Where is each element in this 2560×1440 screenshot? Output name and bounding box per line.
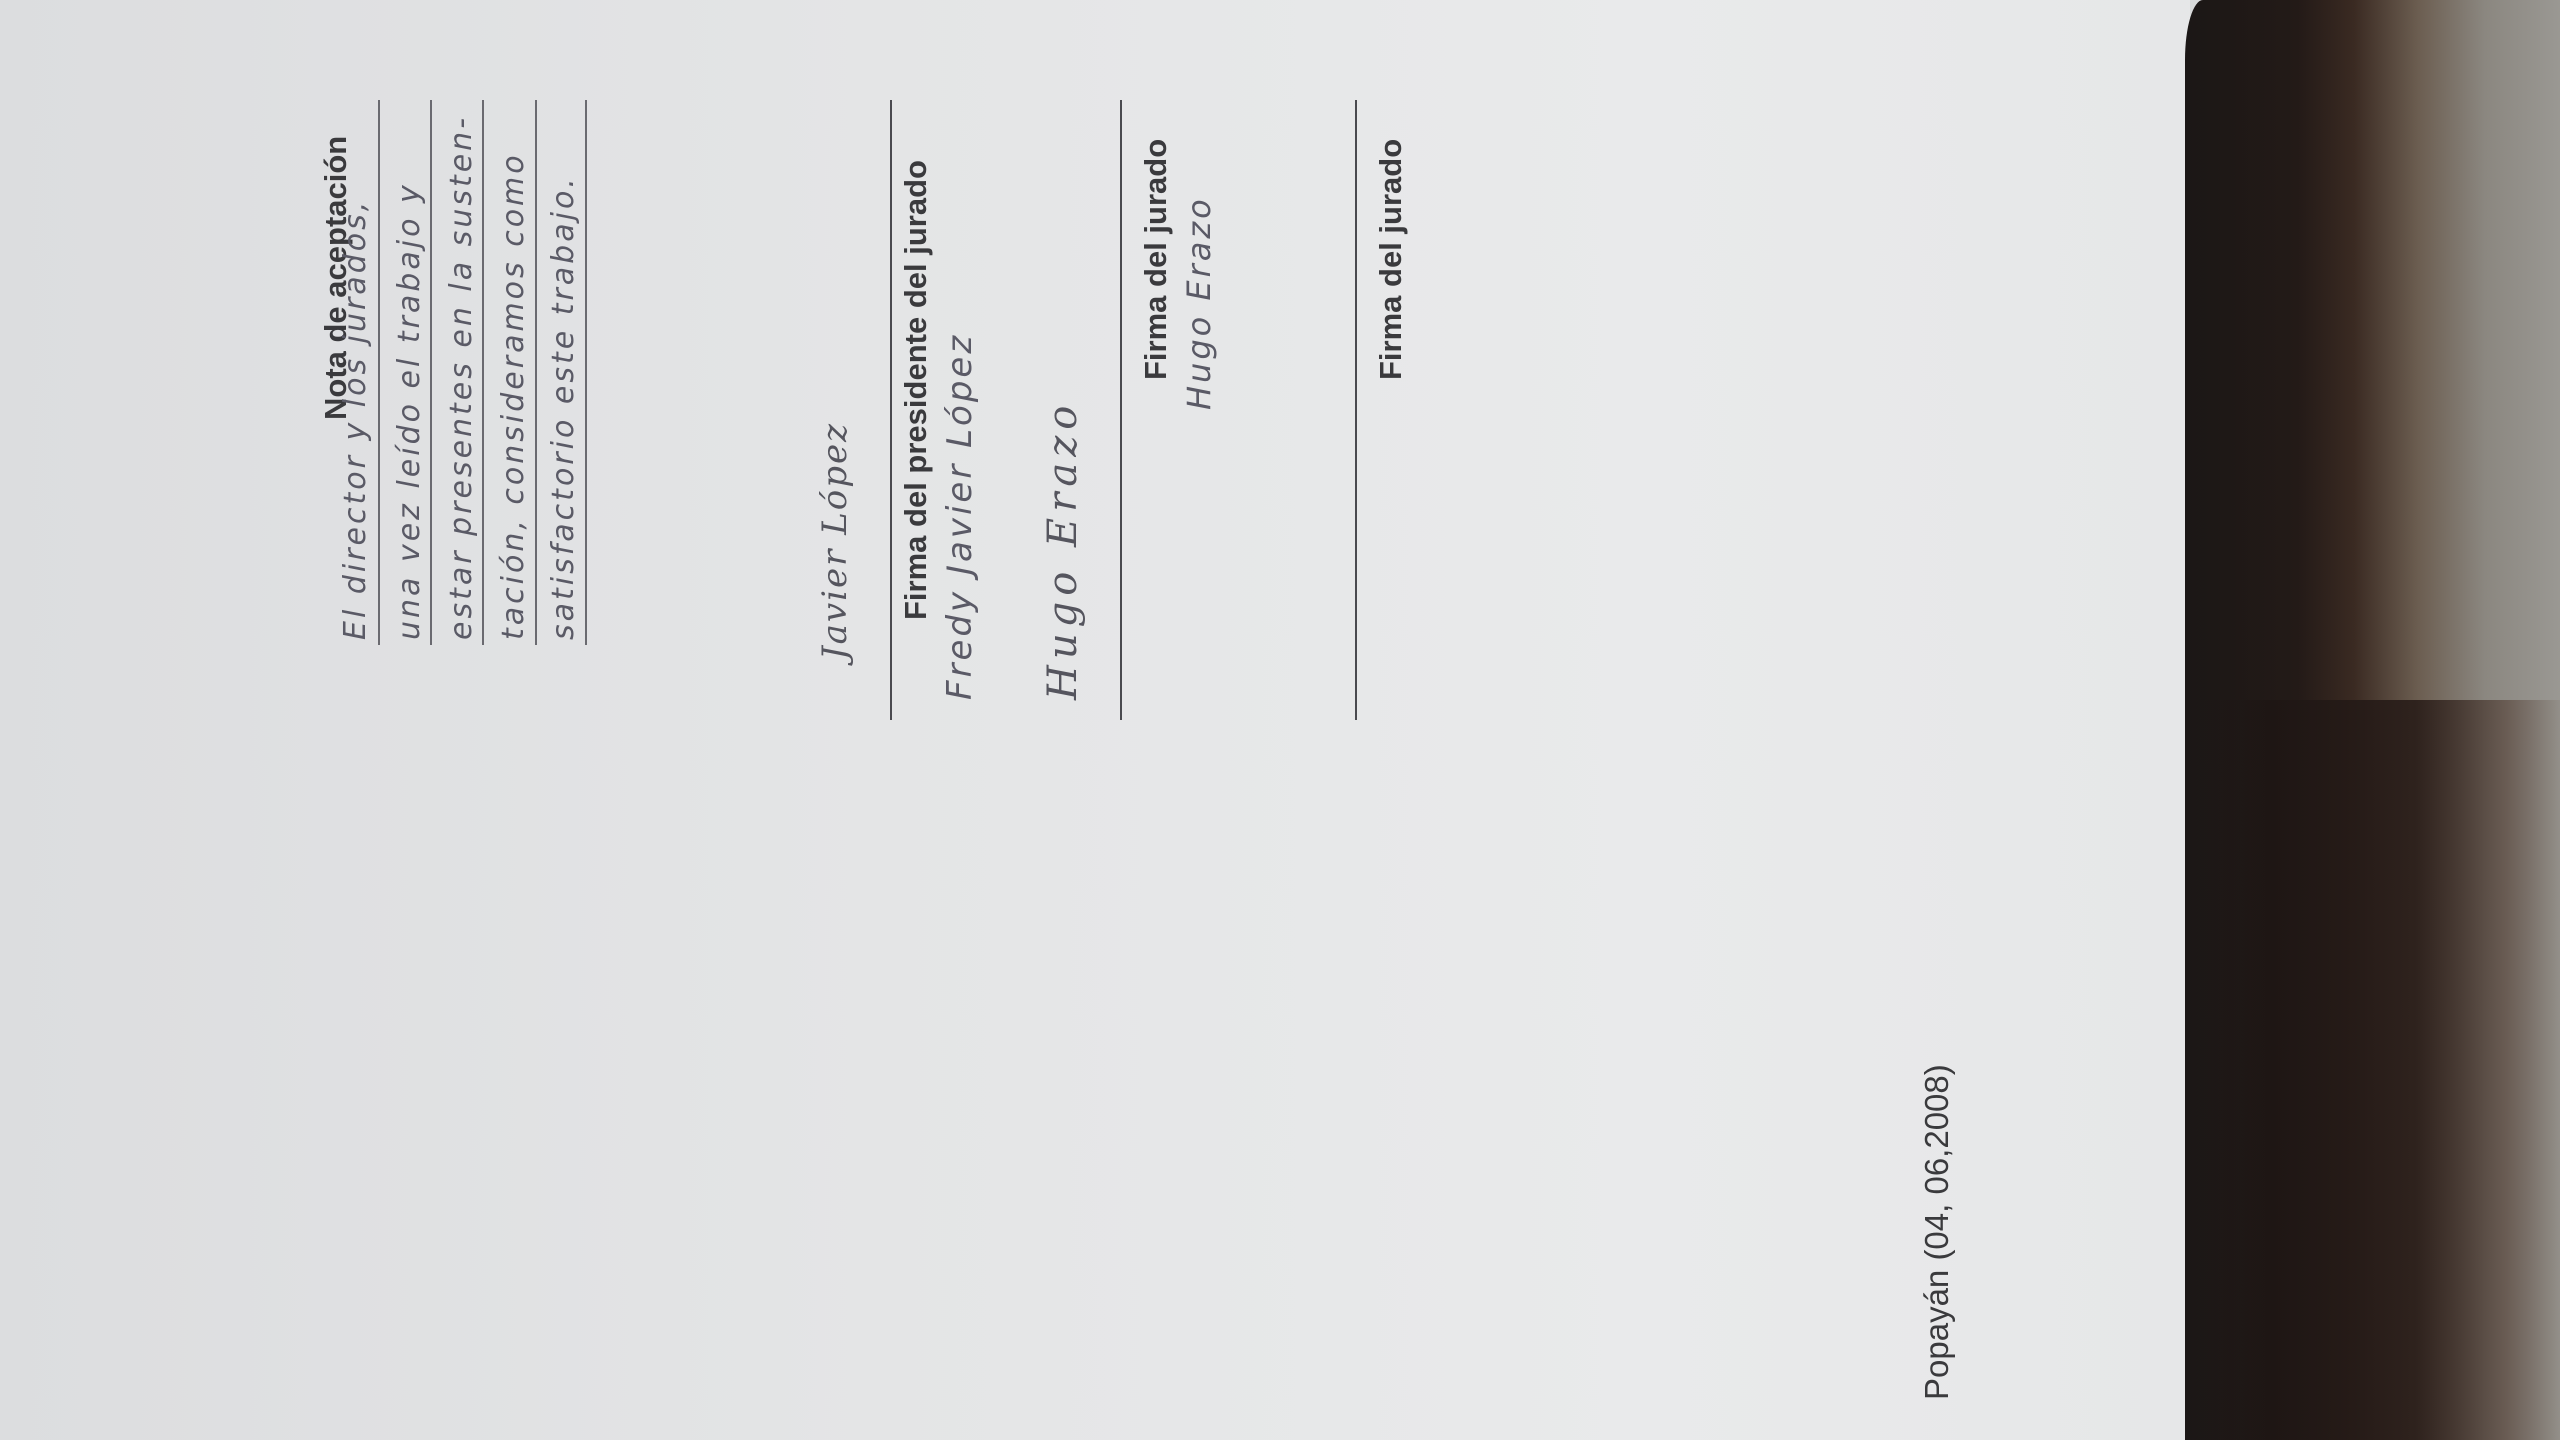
signature-line-president [890,100,892,720]
acceptance-text-line: satisfactorio este trabajo. [546,175,581,640]
signature-label-president: Firma del presidente del jurado [898,160,934,620]
ruled-line [535,100,537,645]
ruled-line [482,100,484,645]
background-shadow [2200,700,2560,1440]
acceptance-text-line: tación, consideramos como [496,152,531,640]
acceptance-text-line: una vez leído el trabajo y [392,182,427,640]
signature-line-jurado-1 [1120,100,1122,720]
signature-president: Javier López [815,422,855,660]
ruled-line [585,100,587,645]
signature-jurado-1: Hugo Erazo [1040,400,1086,700]
ruled-line [430,100,432,645]
acceptance-text-line: estar presentes en la susten- [444,115,479,640]
acceptance-text-line: El director y los jurados, [338,199,373,640]
signature-line-jurado-2 [1355,100,1357,720]
printed-name-president: Fredy Javier López [940,333,980,700]
place-date: Popayán (04, 06,2008) [1918,1064,1956,1400]
signature-label-jurado-1: Firma del jurado [1138,139,1174,380]
signature-label-jurado-2: Firma del jurado [1373,139,1409,380]
printed-name-jurado-1: Hugo Erazo [1180,196,1218,410]
ruled-line [378,100,380,645]
